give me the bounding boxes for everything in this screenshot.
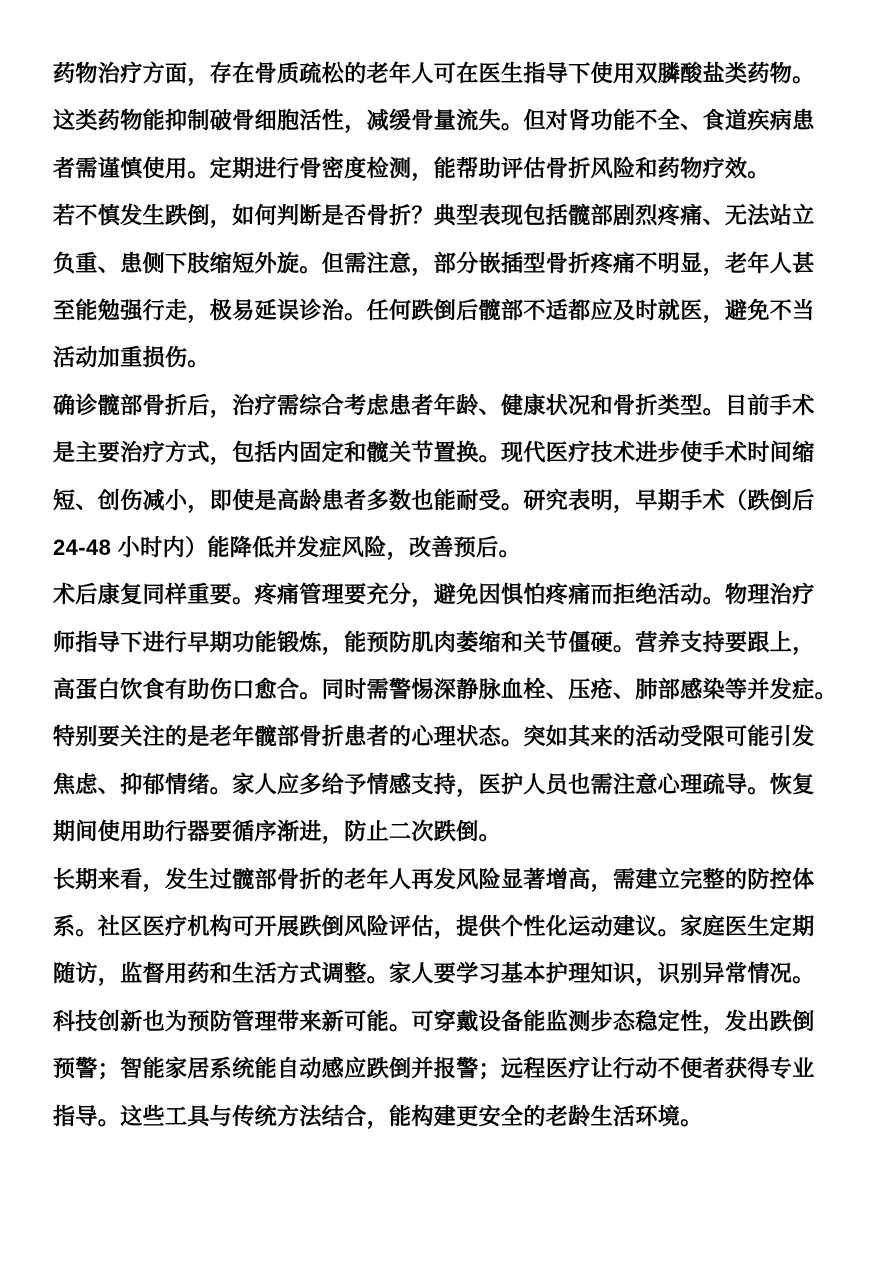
paragraph: 若不慎发生跌倒，如何判断是否骨折？典型表现包括髋部剧烈疼痛、无法站立 负重、患侧… <box>53 192 853 382</box>
paragraph: 确诊髋部骨折后，治疗需综合考虑患者年龄、健康状况和骨折类型。目前手术 是主要治疗… <box>53 382 853 572</box>
text-line: 短、创伤减小，即使是高龄患者多数也能耐受。研究表明，早期手术（跌倒后 <box>53 477 853 524</box>
text-line: 预警；智能家居系统能自动感应跌倒并报警；远程医疗让行动不便者获得专业 <box>53 1045 853 1092</box>
paragraph: 术后康复同样重要。疼痛管理要充分，避免因惧怕疼痛而拒绝活动。物理治疗 师指导下进… <box>53 571 853 713</box>
text-line: 期间使用助行器要循序渐进，防止二次跌倒。 <box>53 808 853 855</box>
text-line: 确诊髋部骨折后，治疗需综合考虑患者年龄、健康状况和骨折类型。目前手术 <box>53 382 853 429</box>
text-line: 是主要治疗方式，包括内固定和髋关节置换。现代医疗技术进步使手术时间缩 <box>53 429 853 476</box>
document-body-text: 药物治疗方面，存在骨质疏松的老年人可在医生指导下使用双膦酸盐类药物。 这类药物能… <box>53 50 853 1140</box>
paragraph: 药物治疗方面，存在骨质疏松的老年人可在医生指导下使用双膦酸盐类药物。 这类药物能… <box>53 50 853 192</box>
text-line: 这类药物能抑制破骨细胞活性，减缓骨量流失。但对肾功能不全、食道疾病患 <box>53 97 853 144</box>
text-line: 特别要关注的是老年髋部骨折患者的心理状态。突如其来的活动受限可能引发 <box>53 713 853 760</box>
text-line: 长期来看，发生过髋部骨折的老年人再发风险显著增高，需建立完整的防控体 <box>53 856 853 903</box>
text-line: 指导。这些工具与传统方法结合，能构建更安全的老龄生活环境。 <box>53 1093 853 1140</box>
text-line: 高蛋白饮食有助伤口愈合。同时需警惕深静脉血栓、压疮、肺部感染等并发症。 <box>53 666 853 713</box>
text-line: 术后康复同样重要。疼痛管理要充分，避免因惧怕疼痛而拒绝活动。物理治疗 <box>53 571 853 618</box>
document-page: 药物治疗方面，存在骨质疏松的老年人可在医生指导下使用双膦酸盐类药物。 这类药物能… <box>0 0 893 1262</box>
text-line: 师指导下进行早期功能锻炼，能预防肌肉萎缩和关节僵硬。营养支持要跟上， <box>53 619 853 666</box>
paragraph: 科技创新也为预防管理带来新可能。可穿戴设备能监测步态稳定性，发出跌倒 预警；智能… <box>53 998 853 1140</box>
text-line: 24-48 小时内）能降低并发症风险，改善预后。 <box>53 524 853 571</box>
paragraph: 特别要关注的是老年髋部骨折患者的心理状态。突如其来的活动受限可能引发 焦虑、抑郁… <box>53 713 853 855</box>
text-line: 科技创新也为预防管理带来新可能。可穿戴设备能监测步态稳定性，发出跌倒 <box>53 998 853 1045</box>
text-line: 者需谨慎使用。定期进行骨密度检测，能帮助评估骨折风险和药物疗效。 <box>53 145 853 192</box>
text-line: 若不慎发生跌倒，如何判断是否骨折？典型表现包括髋部剧烈疼痛、无法站立 <box>53 192 853 239</box>
text-line: 药物治疗方面，存在骨质疏松的老年人可在医生指导下使用双膦酸盐类药物。 <box>53 50 853 97</box>
text-line: 活动加重损伤。 <box>53 334 853 381</box>
paragraph: 长期来看，发生过髋部骨折的老年人再发风险显著增高，需建立完整的防控体 系。社区医… <box>53 856 853 998</box>
text-line: 至能勉强行走，极易延误诊治。任何跌倒后髋部不适都应及时就医，避免不当 <box>53 287 853 334</box>
text-line: 负重、患侧下肢缩短外旋。但需注意，部分嵌插型骨折疼痛不明显，老年人甚 <box>53 240 853 287</box>
text-line: 系。社区医疗机构可开展跌倒风险评估，提供个性化运动建议。家庭医生定期 <box>53 903 853 950</box>
text-line: 随访，监督用药和生活方式调整。家人要学习基本护理知识，识别异常情况。 <box>53 950 853 997</box>
text-line: 焦虑、抑郁情绪。家人应多给予情感支持，医护人员也需注意心理疏导。恢复 <box>53 761 853 808</box>
